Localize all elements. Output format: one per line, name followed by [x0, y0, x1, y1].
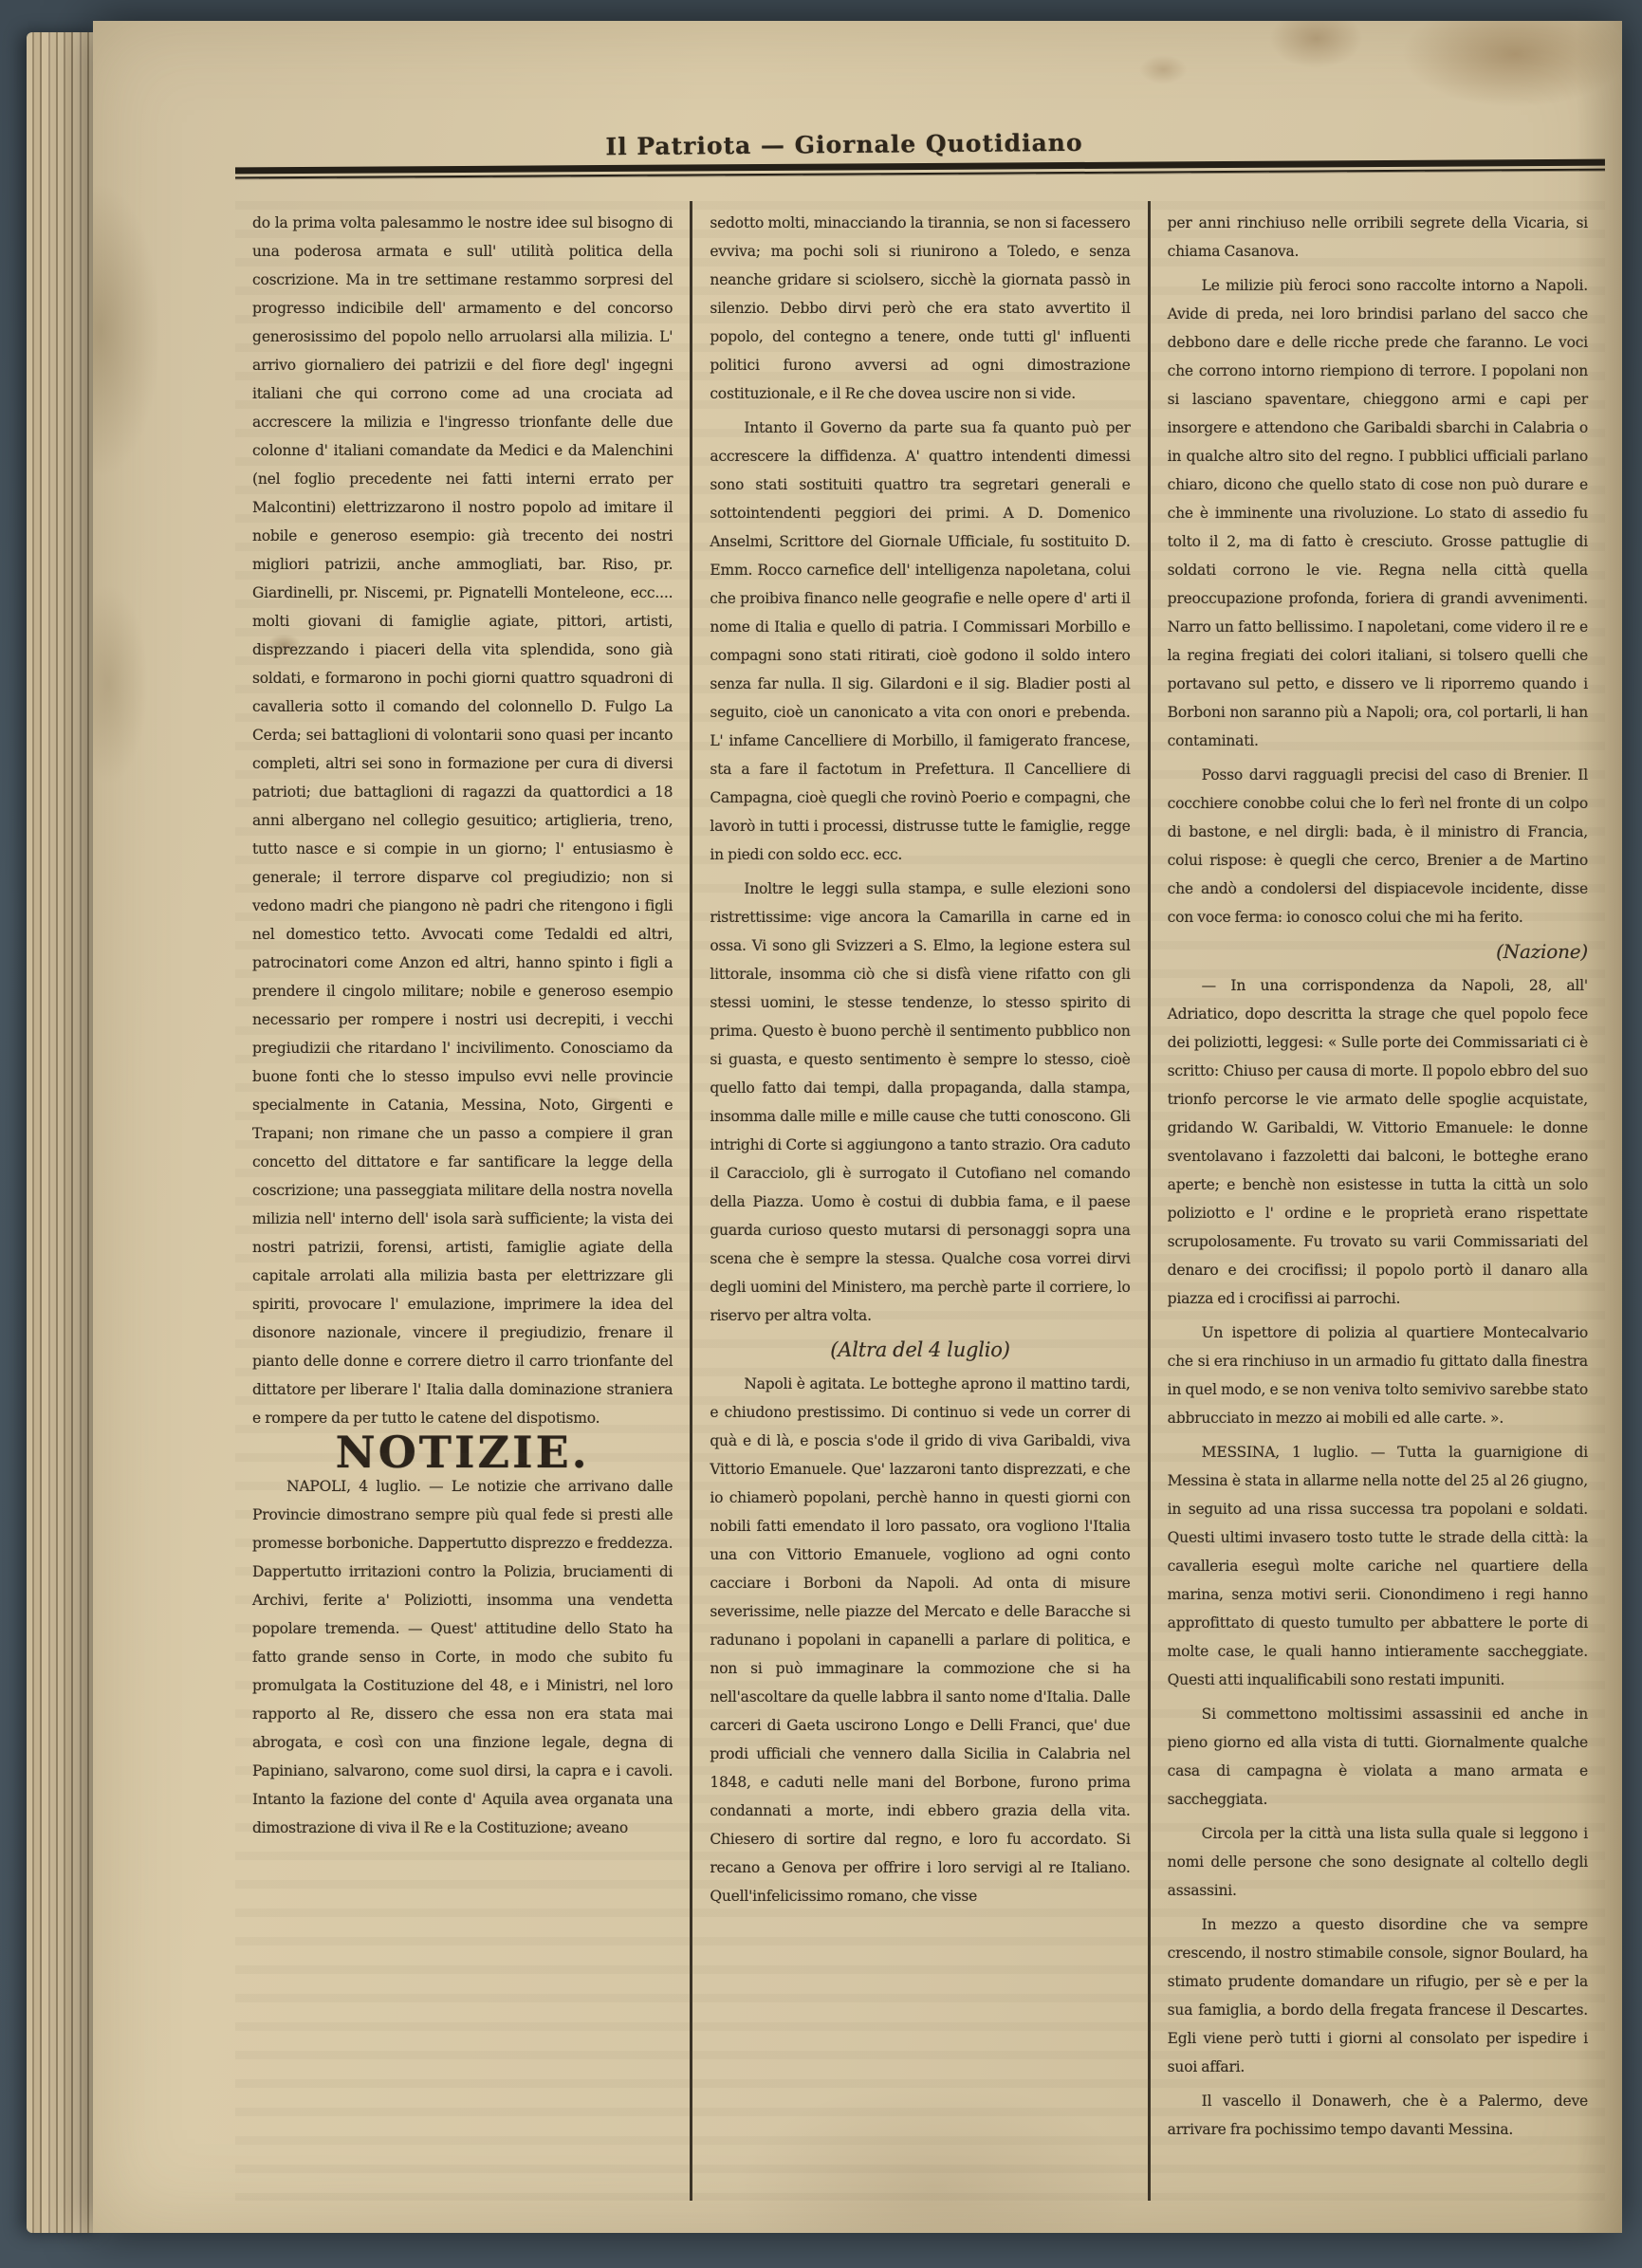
masthead-title: Il Patriota — Giornale Quotidiano [180, 125, 1508, 164]
column-2: sedotto molti, minacciando la tirannia, … [690, 201, 1147, 2201]
article-paragraph: Il vascello il Donawerh, che è a Palermo… [1168, 2087, 1588, 2144]
book-binding-edge [27, 32, 101, 2233]
attribution-nazione: (Nazione) [1168, 937, 1588, 966]
article-paragraph: Un ispettore di polizia al quartiere Mon… [1168, 1318, 1588, 1432]
article-paragraph: Circola per la città una lista sulla qua… [1168, 1819, 1588, 1905]
article-paragraph: Posso darvi ragguagli precisi del caso d… [1168, 761, 1588, 931]
article-paragraph: per anni rinchiuso nelle orribili segret… [1168, 209, 1588, 266]
newspaper-page: Il Patriota — Giornale Quotidiano do la … [93, 21, 1622, 2233]
article-paragraph: In mezzo a questo disordine che va sempr… [1168, 1910, 1588, 2081]
article-paragraph: Intanto il Governo da parte sua fa quant… [710, 414, 1130, 869]
subheading-altra-del-4-luglio: (Altra del 4 luglio) [710, 1336, 1130, 1364]
article-paragraph: sedotto molti, minacciando la tirannia, … [710, 209, 1130, 408]
article-paragraph: Napoli è agitata. Le botteghe aprono il … [710, 1370, 1130, 1910]
article-paragraph: do la prima volta palesammo le nostre id… [252, 209, 673, 1432]
section-heading-notizie: NOTIZIE. [252, 1438, 673, 1466]
column-1: do la prima volta palesammo le nostre id… [235, 201, 690, 2201]
article-columns: do la prima volta palesammo le nostre id… [235, 201, 1605, 2201]
column-3: per anni rinchiuso nelle orribili segret… [1148, 201, 1605, 2201]
article-paragraph-messina-dateline: MESSINA, 1 luglio. — Tutta la guarnigion… [1168, 1438, 1588, 1694]
article-paragraph: Le milizie più feroci sono raccolte into… [1168, 271, 1588, 755]
article-paragraph: Inoltre le leggi sulla stampa, e sulle e… [710, 875, 1130, 1330]
article-paragraph: Si commettono moltissimi assassinii ed a… [1168, 1700, 1588, 1814]
article-paragraph: — In una corrispondenza da Napoli, 28, a… [1168, 971, 1588, 1313]
article-paragraph-napoli-dateline: NAPOLI, 4 luglio. — Le notizie che arriv… [252, 1472, 673, 1842]
